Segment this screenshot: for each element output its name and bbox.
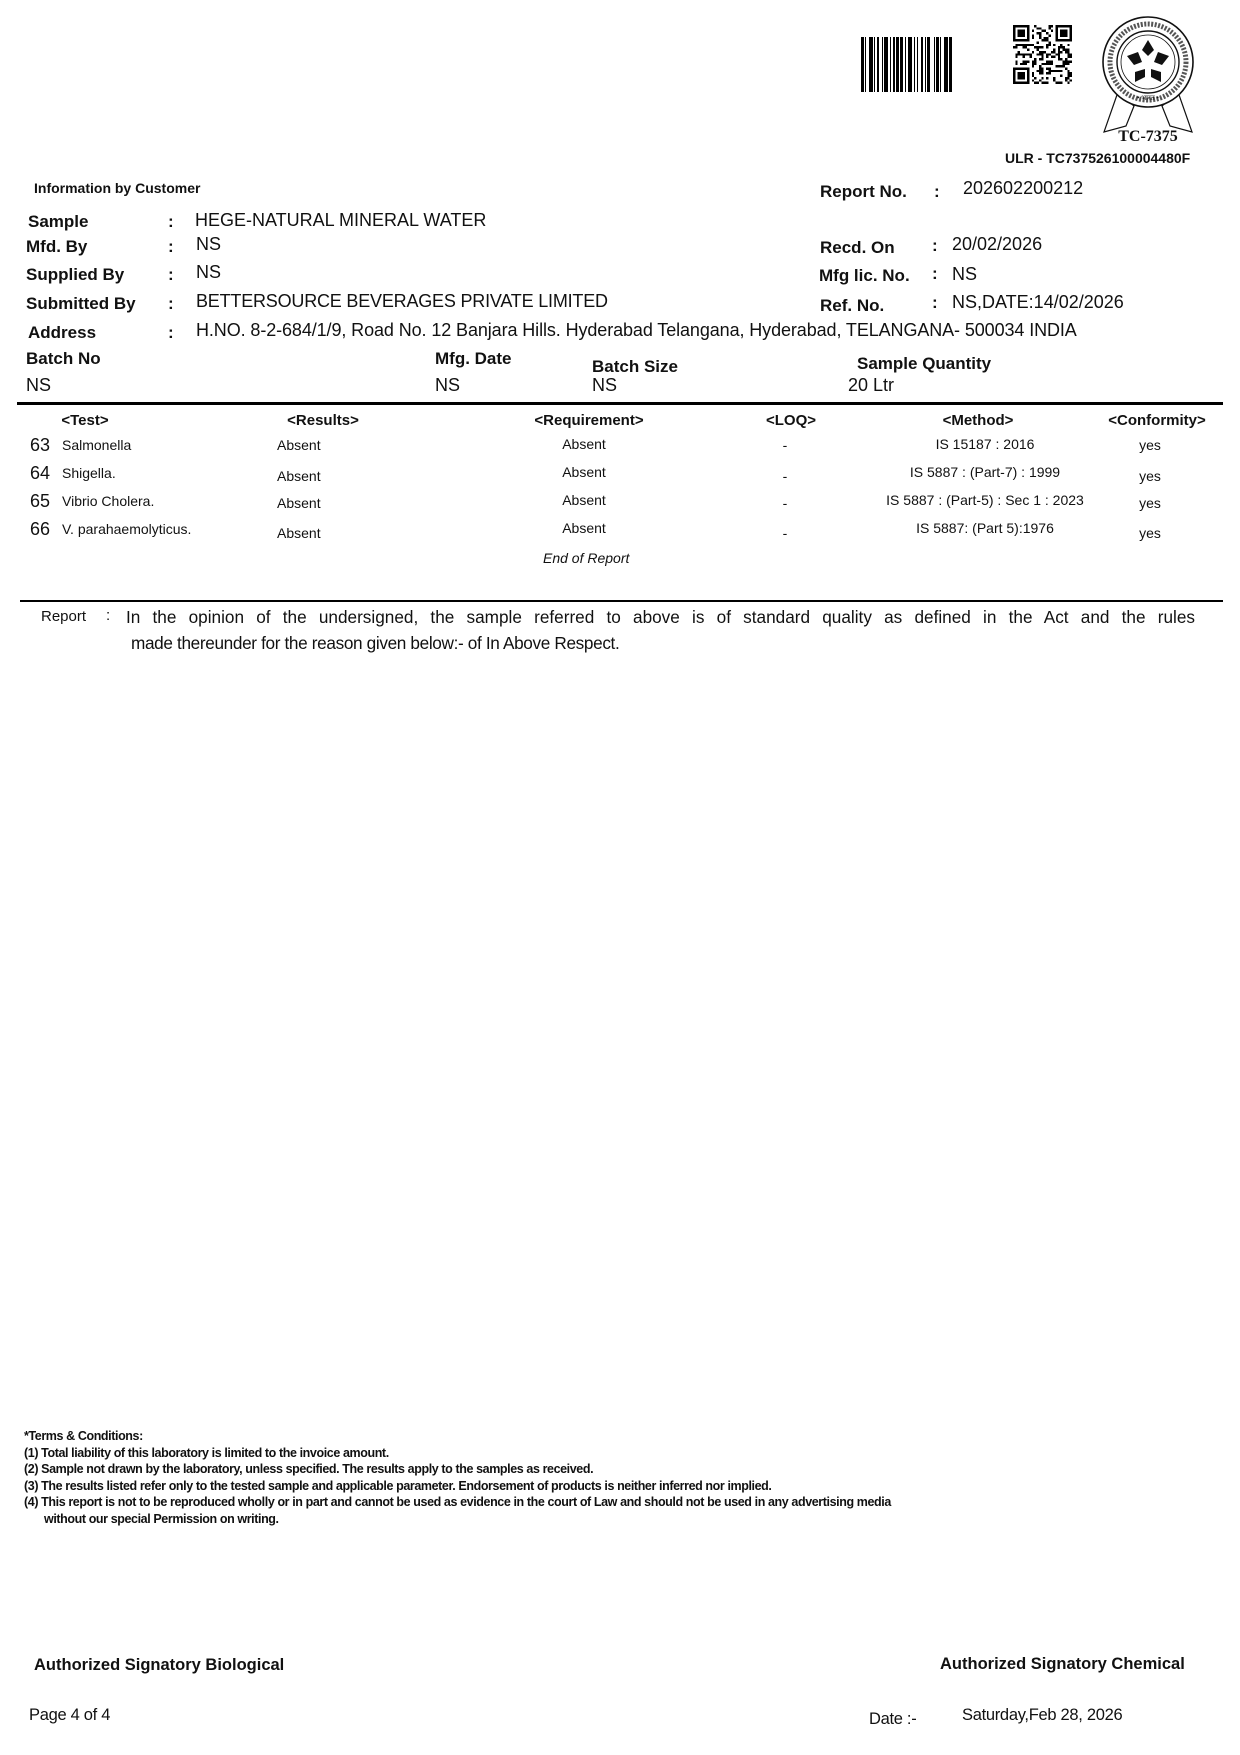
field-value-mfg-lic-no: NS	[952, 264, 977, 285]
batch-no-label: Batch No	[26, 349, 101, 369]
barcode-icon	[861, 37, 987, 92]
ulr-number: ULR - TC737526100004480F	[1005, 150, 1190, 166]
mfg-date-value: NS	[435, 375, 460, 396]
column-header-loq: <LOQ>	[766, 412, 816, 429]
report-colon: :	[106, 607, 110, 624]
report-label: Report	[41, 608, 86, 625]
field-label-recd-on: Recd. On	[820, 238, 895, 258]
cell-method: IS 5887 : (Part-5) : Sec 1 : 2023	[886, 492, 1084, 508]
column-header-method: <Method>	[943, 412, 1014, 429]
divider-report	[20, 600, 1223, 602]
report-statement-line-1: In the opinion of the undersigned, the s…	[126, 607, 1195, 628]
cell-loq: -	[783, 468, 788, 484]
field-colon: :	[168, 323, 174, 343]
cell-requirement: Absent	[562, 520, 606, 536]
section-title-customer-info: Information by Customer	[34, 180, 200, 196]
cell-loq: -	[783, 437, 788, 453]
field-value-submitted-by: BETTERSOURCE BEVERAGES PRIVATE LIMITED	[196, 291, 608, 312]
cell-test: Salmonella	[62, 437, 131, 453]
cell-loq: -	[783, 495, 788, 511]
field-colon: :	[168, 237, 174, 257]
signatory-biological: Authorized Signatory Biological	[34, 1656, 284, 1675]
page-number: Page 4 of 4	[29, 1706, 110, 1725]
cell-method: IS 5887 : (Part-7) : 1999	[910, 464, 1060, 480]
field-label-submitted-by: Submitted By	[26, 294, 136, 314]
field-value-report-no: 202602200212	[963, 178, 1083, 199]
column-header-requirement: <Requirement>	[534, 412, 643, 429]
field-value-supplied-by: NS	[196, 262, 221, 283]
cell-result: Absent	[277, 468, 321, 484]
terms-item-1: (1) Total liability of this laboratory i…	[24, 1445, 891, 1462]
field-label-address: Address	[28, 323, 96, 343]
field-label-supplied-by: Supplied By	[26, 265, 124, 285]
cell-conformity: yes	[1139, 495, 1161, 511]
cell-requirement: Absent	[562, 464, 606, 480]
field-value-sample: HEGE-NATURAL MINERAL WATER	[195, 210, 486, 231]
sample-quantity-value: 20 Ltr	[848, 375, 894, 396]
cell-method: IS 15187 : 2016	[936, 436, 1035, 452]
terms-and-conditions: *Terms & Conditions: (1) Total liability…	[24, 1428, 891, 1527]
field-value-recd-on: 20/02/2026	[952, 234, 1042, 255]
terms-item-4: (4) This report is not to be reproduced …	[24, 1494, 891, 1511]
mfg-date-label: Mfg. Date	[435, 349, 512, 369]
field-value-address: H.NO. 8-2-684/1/9, Road No. 12 Banjara H…	[196, 320, 1077, 341]
sample-quantity-label: Sample Quantity	[857, 354, 991, 374]
date-label: Date :-	[869, 1710, 916, 1729]
row-number: 65	[30, 491, 50, 512]
accreditation-seal-icon: • भारत • TC-7375	[1096, 14, 1200, 144]
field-colon: :	[168, 294, 174, 314]
end-of-report: End of Report	[543, 550, 629, 566]
cell-conformity: yes	[1139, 437, 1161, 453]
divider-top	[17, 402, 1223, 405]
report-statement-line-2: made thereunder for the reason given bel…	[131, 633, 619, 654]
cell-requirement: Absent	[562, 436, 606, 452]
row-number: 63	[30, 435, 50, 456]
terms-item-4-continuation: without our special Permission on writin…	[24, 1511, 891, 1528]
field-value-mfd-by: NS	[196, 234, 221, 255]
cell-requirement: Absent	[562, 492, 606, 508]
cell-method: IS 5887: (Part 5):1976	[916, 520, 1054, 536]
terms-item-2: (2) Sample not drawn by the laboratory, …	[24, 1461, 891, 1478]
cell-test: Shigella.	[62, 465, 116, 481]
seal-code: TC-7375	[1118, 128, 1178, 144]
field-colon: :	[932, 264, 938, 284]
svg-text:• भारत •: • भारत •	[1137, 94, 1160, 102]
batch-size-value: NS	[592, 375, 617, 396]
batch-size-label: Batch Size	[592, 357, 678, 377]
cell-conformity: yes	[1139, 468, 1161, 484]
column-header-conformity: <Conformity>	[1108, 412, 1206, 429]
field-colon: :	[168, 212, 174, 232]
cell-conformity: yes	[1139, 525, 1161, 541]
cell-test: Vibrio Cholera.	[62, 493, 154, 509]
signatory-chemical: Authorized Signatory Chemical	[940, 1655, 1185, 1674]
cell-result: Absent	[277, 525, 321, 541]
field-label-sample: Sample	[28, 212, 88, 232]
row-number: 66	[30, 519, 50, 540]
qr-code-icon	[1013, 25, 1072, 84]
cell-test: V. parahaemolyticus.	[62, 521, 191, 537]
field-label-mfd-by: Mfd. By	[26, 237, 87, 257]
field-label-report-no: Report No.	[820, 182, 907, 202]
batch-no-value: NS	[26, 375, 51, 396]
cell-result: Absent	[277, 495, 321, 511]
field-colon: :	[932, 236, 938, 256]
field-value-ref-no: NS,DATE:14/02/2026	[952, 292, 1124, 313]
row-number: 64	[30, 463, 50, 484]
field-colon: :	[934, 182, 940, 202]
cell-loq: -	[783, 525, 788, 541]
report-date: Saturday,Feb 28, 2026	[962, 1706, 1122, 1725]
cell-result: Absent	[277, 437, 321, 453]
terms-item-3: (3) The results listed refer only to the…	[24, 1478, 891, 1495]
field-label-mfg-lic-no: Mfg lic. No.	[819, 266, 910, 286]
column-header-results: <Results>	[287, 412, 359, 429]
field-label-ref-no: Ref. No.	[820, 296, 884, 316]
field-colon: :	[168, 265, 174, 285]
terms-title: *Terms & Conditions:	[24, 1428, 891, 1445]
field-colon: :	[932, 293, 938, 313]
column-header-test: <Test>	[61, 412, 108, 429]
